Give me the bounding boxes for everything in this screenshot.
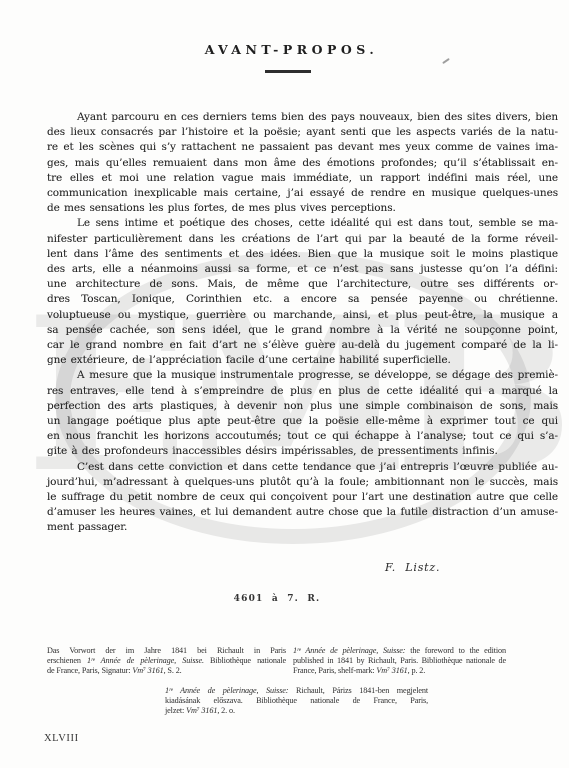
text-line: 1ʳᵉ Année de pèlerinage, Suisse: the for…	[293, 646, 506, 656]
text-segment: erschienen	[47, 656, 87, 665]
text-line: jourd’hui, m’adressant à quelques-uns pl…	[47, 475, 558, 490]
text-segment: de France, Paris, Signatur:	[47, 666, 132, 675]
paragraph-2: Le sens intime et poétique des choses, c…	[47, 216, 558, 368]
text-line: Le sens intime et poétique des choses, c…	[47, 216, 558, 231]
text-segment: France, Paris, shelf-mark:	[293, 666, 376, 675]
text-line: le suffrage du petit nombre de ceux qui …	[47, 490, 558, 505]
text-line: published in 1841 by Richault, Paris. Bi…	[293, 656, 506, 666]
page-title: AVANT-PROPOS.	[14, 42, 569, 57]
paragraph-4: C’est dans cette conviction et dans cett…	[47, 460, 558, 536]
italic-segment: 1ʳᵉ Année de pèlerinage, Suisse.	[87, 656, 204, 665]
text-line: une architecture de sons. Mais, de même …	[47, 277, 558, 292]
text-line: C’est dans cette conviction et dans cett…	[47, 460, 558, 475]
text-line: un langage poétique plus apte peut-être …	[47, 414, 558, 429]
text-segment: , S. 2.	[164, 666, 182, 675]
scanned-document-page: EMB AVANT-PROPOS. Ayant parcouru en ces …	[0, 0, 569, 768]
text-segment: published in 1841 by Richault, Paris. Bi…	[293, 656, 506, 665]
text-line: Ayant parcouru en ces derniers tems bien…	[47, 110, 558, 125]
paragraph-1: Ayant parcouru en ces derniers tems bien…	[47, 110, 558, 216]
text-line: sa pensée cachée, son sens idéel, que le…	[47, 323, 558, 338]
text-line: voluptueuse ou mystique, guerrière ou ma…	[47, 308, 558, 323]
text-line: car le grand nombre en fait d’art ne s’é…	[47, 338, 558, 353]
title-rule	[265, 70, 311, 73]
italic-segment: Vm⁷ 3161	[376, 666, 407, 675]
text-line: gne extérieure, de l’appréciation facile…	[47, 353, 558, 368]
page-number: XLVIII	[44, 733, 79, 744]
text-segment: , 2. o.	[217, 706, 235, 715]
text-segment: Das Vorwort der im Jahre 1841 bei Richau…	[47, 646, 286, 655]
text-line: ges, mais qu’elles remuaient dans mon âm…	[47, 156, 558, 171]
footnote-english: 1ʳᵉ Année de pèlerinage, Suisse: the for…	[293, 646, 506, 675]
italic-segment: Vm⁷ 3161	[132, 666, 163, 675]
text-line: re et les scènes qui s’y rattachent ne p…	[47, 140, 558, 155]
text-line: des arts, elle a néanmoins aussi sa form…	[47, 262, 558, 277]
text-segment: the foreword to the edition	[405, 646, 506, 655]
paragraph-3: A mesure que la musique instrumentale pr…	[47, 368, 558, 459]
footnote-german: Das Vorwort der im Jahre 1841 bei Richau…	[47, 646, 286, 675]
text-line: nifester particulièrement dans les créat…	[47, 232, 558, 247]
text-line: A mesure que la musique instrumentale pr…	[47, 368, 558, 383]
text-line: d’amuser les heures vaines, et lui deman…	[47, 505, 558, 520]
text-line: Das Vorwort der im Jahre 1841 bei Richau…	[47, 646, 286, 656]
text-line: erschienen 1ʳᵉ Année de pèlerinage, Suis…	[47, 656, 286, 666]
text-line: perfection des arts plastiques, à deveni…	[47, 399, 558, 414]
plate-number: 4601 à 7. R.	[47, 594, 507, 604]
italic-segment: 1ʳᵉ Année de pèlerinage, Suisse:	[165, 686, 288, 695]
text-segment: kiadásának előszava. Bibliothèque nation…	[165, 696, 428, 705]
text-line: ment passager.	[47, 520, 558, 535]
text-segment: Bibliothèque nationale	[204, 656, 286, 665]
text-line: communication inexplicable mais certaine…	[47, 186, 558, 201]
italic-segment: 1ʳᵉ Année de pèlerinage, Suisse:	[293, 646, 405, 655]
text-line: jelzet: Vm⁷ 3161, 2. o.	[165, 706, 428, 716]
text-line: de France, Paris, Signatur: Vm⁷ 3161, S.…	[47, 666, 286, 676]
text-line: en nous franchit les horizons accoutumés…	[47, 429, 558, 444]
text-line: de mes sensations les plus fortes, de me…	[47, 201, 558, 216]
text-line: 1ʳᵉ Année de pèlerinage, Suisse: Richaul…	[165, 686, 428, 696]
text-line: kiadásának előszava. Bibliothèque nation…	[165, 696, 428, 706]
foreword-text: Ayant parcouru en ces derniers tems bien…	[47, 110, 558, 536]
text-line: dres Toscan, Ionique, Corinthien etc. a …	[47, 292, 558, 307]
text-line: gite à des profondeurs inaccessibles dés…	[47, 444, 558, 459]
signature: F. Listz.	[385, 561, 440, 574]
text-segment: , p. 2.	[408, 666, 426, 675]
text-segment: Richault, Párizs 1841-ben megjelent	[288, 686, 428, 695]
text-line: tre elles et moi une relation vague mais…	[47, 171, 558, 186]
text-segment: jelzet:	[165, 706, 186, 715]
footnote-hungarian: 1ʳᵉ Année de pèlerinage, Suisse: Richaul…	[165, 686, 428, 715]
text-line: France, Paris, shelf-mark: Vm⁷ 3161, p. …	[293, 666, 506, 676]
text-line: res entraves, elle tend à s’empreindre d…	[47, 384, 558, 399]
italic-segment: Vm⁷ 3161	[186, 706, 217, 715]
text-line: des lieux consacrés par l’histoire et la…	[47, 125, 558, 140]
ink-speck	[442, 58, 450, 64]
text-line: lent dans l’âme des sentiments et des id…	[47, 247, 558, 262]
